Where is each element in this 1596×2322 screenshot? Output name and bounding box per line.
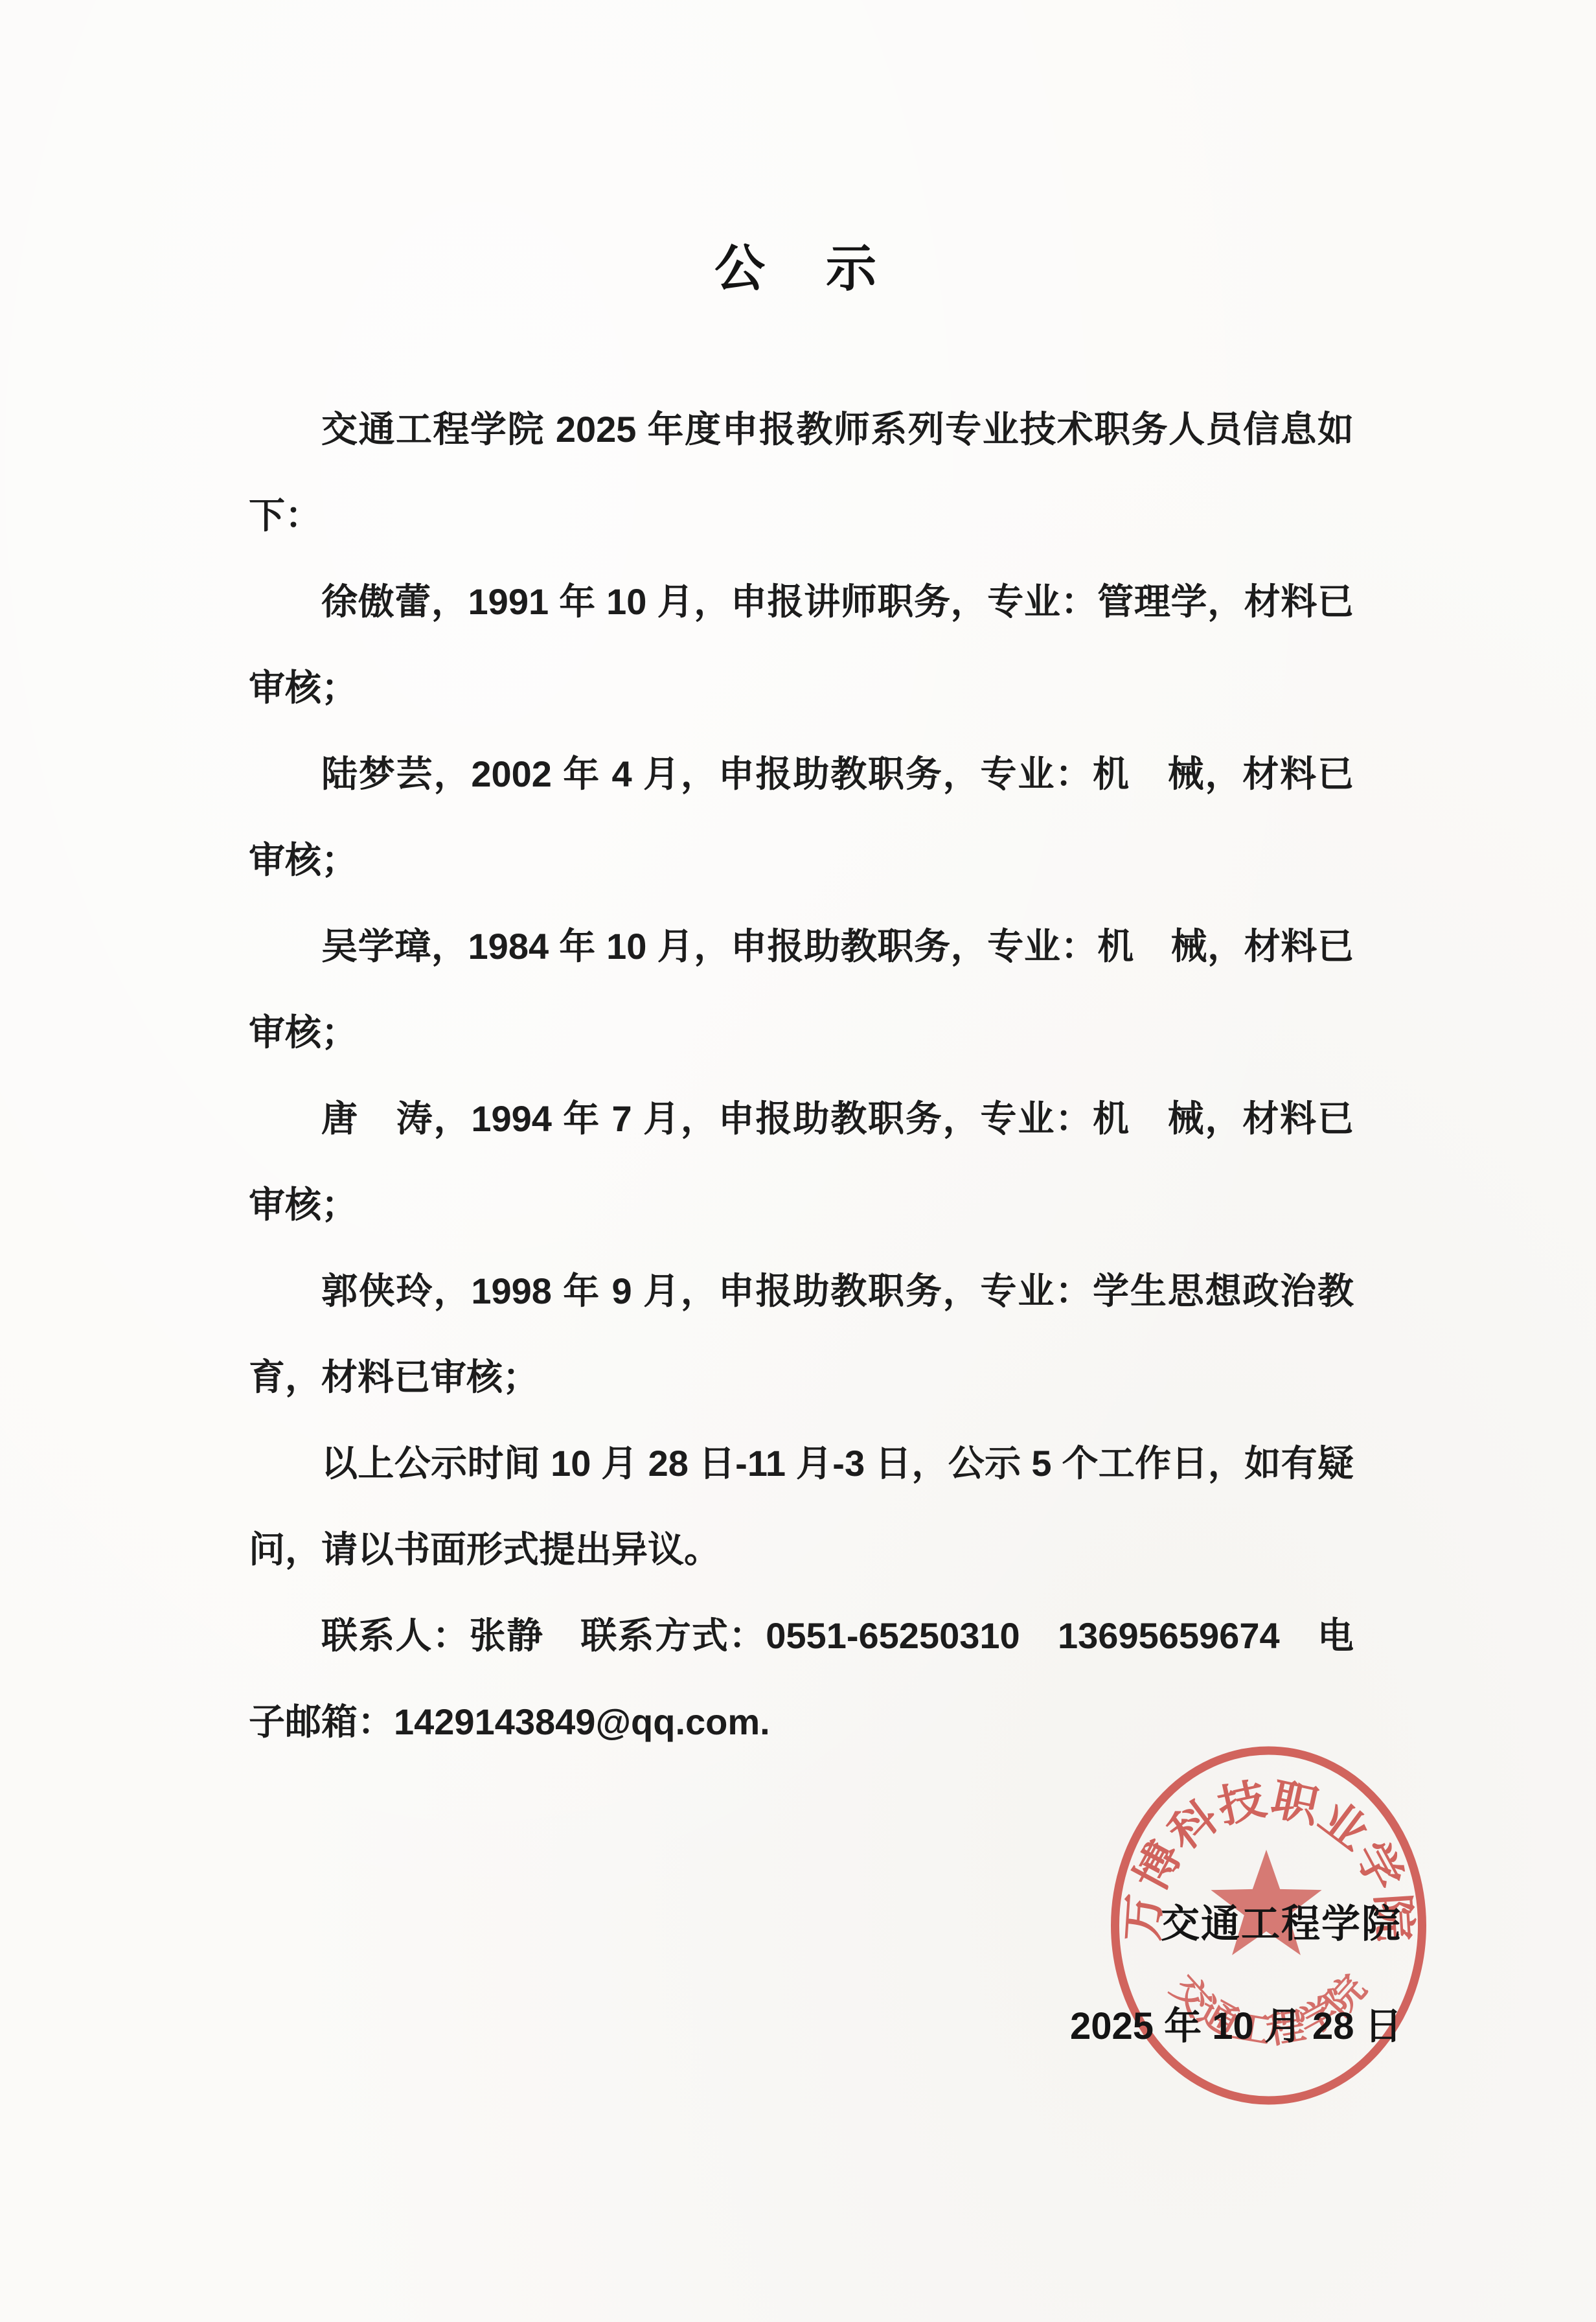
notice-paragraph-intro: 交通工程学院 2025 年度申报教师系列专业技术职务人员信息如下： (249, 386, 1354, 558)
notice-paragraph-person-2: 陆梦芸，2002 年 4 月，申报助教职务，专业：机 械，材料已审核； (249, 731, 1354, 903)
notice-body: 交通工程学院 2025 年度申报教师系列专业技术职务人员信息如下： 徐傲蕾，19… (249, 386, 1354, 1765)
notice-paragraph-person-5: 郭侠玲，1998 年 9 月，申报助教职务，专业：学生思想政治教育，材料已审核； (249, 1248, 1354, 1420)
notice-paragraph-person-4: 唐 涛，1994 年 7 月，申报助教职务，专业：机 械，材料已审核； (249, 1075, 1354, 1248)
signature-org: 交通工程学院 (1161, 1893, 1402, 1949)
notice-paragraph-contact: 联系人：张静 联系方式：0551-65250310 13695659674 电子… (249, 1592, 1354, 1765)
page-title: 公 示 (0, 228, 1596, 301)
notice-paragraph-period: 以上公示时间 10 月 28 日-11 月-3 日，公示 5 个工作日，如有疑问… (249, 1420, 1354, 1592)
notice-document-page: 公 示 交通工程学院 2025 年度申报教师系列专业技术职务人员信息如下： 徐傲… (0, 0, 1596, 2322)
notice-paragraph-person-1: 徐傲蕾，1991 年 10 月，申报讲师职务，专业：管理学，材料已审核； (249, 558, 1354, 731)
notice-paragraph-person-3: 吴学璋，1984 年 10 月，申报助教职务，专业：机 械，材料已审核； (249, 903, 1354, 1075)
signature-date: 2025 年 10 月 28 日 (1070, 1995, 1402, 2050)
